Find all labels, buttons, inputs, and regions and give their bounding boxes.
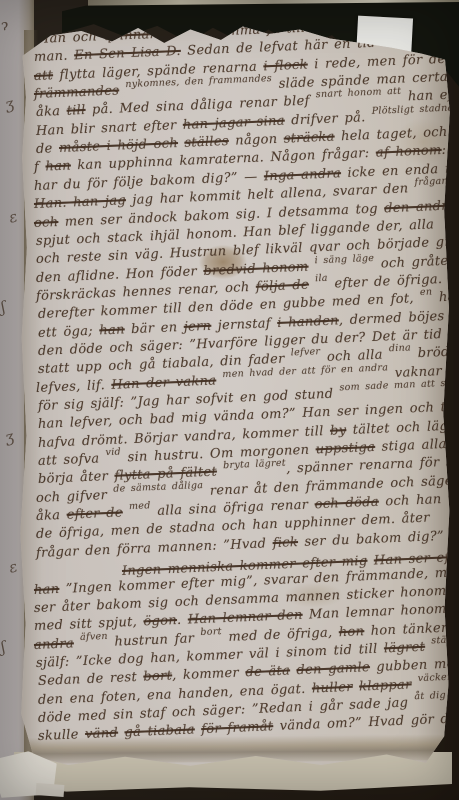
struck-text: och döda (314, 495, 379, 513)
text-segment: Man och (36, 29, 104, 47)
text-segment: , dermed böjes han (339, 307, 459, 328)
text-segment: . (177, 613, 188, 628)
struck-text: och (34, 214, 59, 230)
inserted-text: med (129, 500, 151, 512)
text-segment: hand, (432, 289, 459, 306)
text-segment: vända om?” Hvad gör du (273, 712, 458, 735)
text-segment: åka (36, 104, 67, 120)
text-segment: stiga alla upp, (375, 435, 459, 455)
struck-text: bredvid honom (203, 259, 309, 278)
text-segment: lefves, lif. (36, 377, 112, 395)
struck-text: huller (312, 679, 353, 696)
struck-text: bort (143, 669, 172, 685)
text-segment: efter de öfriga. Straxt (328, 270, 459, 292)
struck-text: jern (184, 318, 212, 334)
manuscript-page: 96 Man och qvinnan hustrun komma få till… (16, 22, 452, 774)
struck-text: lägret (384, 640, 426, 657)
text-segment: vaknar och börjar tala (388, 359, 459, 381)
text-segment: man. (34, 49, 75, 66)
struck-text: by (330, 423, 347, 439)
inserted-text: bort (200, 626, 222, 638)
text-segment: någon (229, 132, 285, 149)
text-segment: de (36, 141, 60, 157)
struck-text: främmandes (34, 83, 120, 102)
text-segment: Sedan de rest (38, 670, 144, 689)
text-segment: , kommer (172, 666, 246, 684)
manuscript-lines: Man och qvinnan hustrun komma få till tä… (34, 32, 448, 762)
torn-paper-bit (36, 783, 65, 797)
struck-text: han jagar sina (183, 113, 286, 132)
struck-text: i handen (277, 313, 339, 331)
struck-text: ögon (143, 613, 177, 629)
struck-text: hon (339, 624, 365, 640)
struck-text: måste i höjd och (59, 136, 179, 156)
text-segment: åka (36, 508, 67, 524)
struck-text: följa de (256, 277, 310, 294)
text-segment: drifver på. (284, 110, 372, 129)
text-segment: : ”hvad (441, 141, 459, 158)
manuscript-photo: ɂʒɛʃʒɛʃ 96 Man och qvinnan hustrun komma… (0, 0, 459, 800)
text-segment: ett (455, 197, 459, 213)
text-segment: Han blir snart efter (36, 118, 184, 139)
struck-text: han (99, 322, 125, 338)
text-segment: bröder äro åter vid (411, 341, 459, 362)
text-segment: han efter de öfriga. (401, 84, 459, 105)
text-segment: tältet och lägger sig (346, 416, 459, 437)
struck-text: han (45, 159, 71, 175)
text-segment: börja åter (38, 469, 115, 487)
text-segment: och gråter. Sen hast (374, 250, 459, 271)
text-segment: den (452, 674, 459, 690)
struck-text: uppstiga (315, 440, 375, 457)
struck-text: den gamle (296, 660, 370, 678)
inserted-text: ila (315, 273, 328, 285)
inserted-text: vid (105, 447, 121, 459)
text-segment: hela taget, och (334, 125, 448, 145)
text-segment: bär en (124, 319, 184, 336)
struck-text: han (34, 581, 60, 597)
struck-text: Inga andra (264, 166, 342, 184)
struck-text: andra (34, 636, 75, 653)
inserted-text: för sig stället (453, 613, 459, 627)
text-segment: och gifver (36, 488, 114, 506)
inserted-text: bryta lägret (223, 458, 286, 472)
struck-text: efter de (66, 505, 123, 522)
inserted-text: snart honom att (316, 86, 402, 101)
struck-text: till (66, 103, 86, 119)
struck-text: för framåt (201, 719, 274, 737)
struck-text: Han. han jag (34, 193, 127, 212)
inserted-text: frågande (414, 175, 459, 188)
text-segment: ett öga; (38, 323, 100, 341)
struck-text: de äta (245, 664, 290, 681)
inserted-text: åt dig att du (414, 688, 459, 702)
text-segment: ser du bakom dig?” (298, 529, 445, 550)
struck-text: fick (272, 535, 298, 551)
inserted-text: en (420, 287, 433, 299)
inserted-text: lefver (291, 346, 321, 358)
text-segment: f (34, 160, 46, 175)
inserted-text: stället (431, 634, 459, 646)
struck-text: Han lemnar den (188, 608, 303, 628)
struck-text: ställes (184, 134, 229, 151)
text-segment: jernstaf (211, 316, 278, 334)
struck-text: En Sen Lisa D. (74, 44, 181, 63)
struck-text: i flock (263, 57, 308, 74)
struck-text: att (34, 68, 54, 84)
struck-text: den andre (384, 198, 456, 216)
inserted-text: väcker (418, 671, 453, 683)
text-segment: Man lemnar honom der, (302, 601, 459, 623)
inserted-text: dina (389, 343, 412, 355)
text-segment: med de öfriga, (222, 625, 339, 645)
struck-text: sträcka (283, 130, 334, 147)
inserted-text: äfven (80, 630, 108, 642)
struck-text: Han der vakna (111, 373, 216, 392)
inserted-text: ihjäl (452, 578, 459, 590)
struck-text: af honom (376, 143, 442, 161)
struck-text: klappar (359, 677, 412, 694)
text-segment: att sofva (38, 451, 106, 469)
text-segment: hustrun far (108, 631, 201, 650)
inserted-text: i säng läge (314, 252, 374, 265)
